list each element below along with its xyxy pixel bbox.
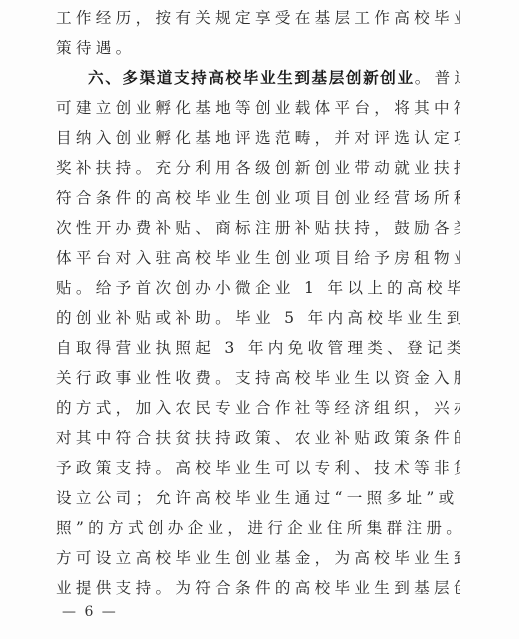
- text-line: 策待遇。: [56, 33, 460, 63]
- text-line: 奖补扶持。充分利用各级创新创业带动就业扶持资金，给予: [56, 153, 460, 183]
- text-line: 体平台对入驻高校毕业生创业项目给予房租物业水电费补: [56, 243, 460, 273]
- text-line: 业提供支持。为符合条件的高校毕业生到基层创业提供创业: [56, 573, 460, 603]
- text-line: 予政策支持。高校毕业生可以专利、技术等非货币财产出资: [56, 453, 460, 483]
- text-line: 的方式，加入农民专业合作社等经济组织，兴办家庭农场，: [56, 393, 460, 423]
- text-line: 自取得营业执照起 3 年内免收管理类、登记类和证照类等有: [56, 333, 460, 363]
- text-line: 关行政事业性收费。支持高校毕业生以资金入股、技术参股: [56, 363, 460, 393]
- text-line: 设立公司；允许高校毕业生通过“一照多址”或“一址多: [56, 483, 460, 513]
- section-heading: 六、多渠道支持高校毕业生到基层创新创业: [88, 69, 415, 87]
- text-line: 照”的方式创办企业，进行企业住所集群注册。有条件的地: [56, 513, 460, 543]
- heading-punct: 。: [415, 69, 435, 87]
- heading-rest: 普通高校: [435, 69, 460, 87]
- text-line: 工作经历，按有关规定享受在基层工作高校毕业生同等政: [56, 3, 460, 33]
- text-line: 贴。给予首次创办小微企业 1 年以上的高校毕业生一定数量: [56, 273, 460, 303]
- document-page: 工作经历，按有关规定享受在基层工作高校毕业生同等政 策待遇。 六、多渠道支持高校…: [0, 0, 519, 639]
- text-line: 符合条件的高校毕业生创业项目创业经营场所租金补贴、一: [56, 183, 460, 213]
- text-line: 对其中符合扶贫扶持政策、农业补贴政策条件的，按规定给: [56, 423, 460, 453]
- text-line: 方可设立高校毕业生创业基金，为高校毕业生到基层创新创: [56, 543, 460, 573]
- page-number: — 6 —: [62, 604, 118, 620]
- text-line: 目纳入创业孵化基地评选范畴，并对评选认定项目给予一定: [56, 123, 460, 153]
- text-line: 的创业补贴或补助。毕业 5 年内高校毕业生到基层创业的，: [56, 303, 460, 333]
- text-line: 次性开办费补贴、商标注册补贴扶持，鼓励各类创业孵化载: [56, 213, 460, 243]
- text-line: 可建立创业孵化基地等创业载体平台，将其中符合条件的项: [56, 93, 460, 123]
- section-heading-line: 六、多渠道支持高校毕业生到基层创新创业。普通高校: [88, 63, 460, 93]
